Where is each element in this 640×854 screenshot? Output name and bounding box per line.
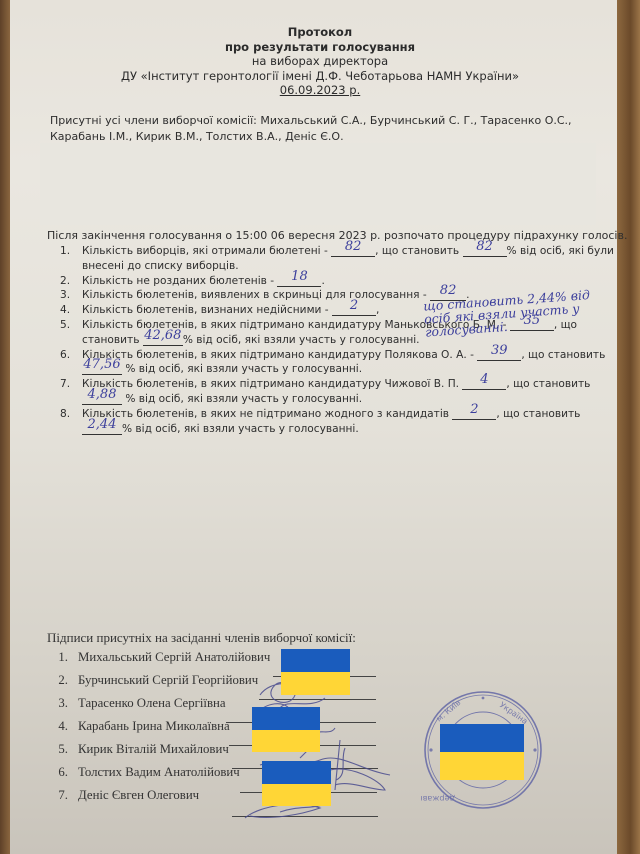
item-text: Кількість не розданих бюлетенів - (82, 275, 277, 287)
item-number: 4. (60, 303, 70, 318)
item-text: . (321, 275, 324, 287)
member-name: Карабань Ірина Миколаївна (78, 719, 230, 734)
handwritten-value: 2 (350, 298, 358, 313)
item-text: Кількість бюлетенів, в яких підтримано к… (82, 378, 462, 390)
results-list: 1. Кількість виборців, які отримали бюле… (60, 244, 620, 436)
document-title: Протокол (0, 25, 640, 40)
item-text: % від осіб, які взяли участь у голосуван… (122, 393, 362, 405)
item-text: Кількість бюлетенів, виявлених в скриньц… (82, 289, 430, 301)
item-text: , що становить (496, 408, 580, 420)
member-name: Деніс Євген Олегович (78, 788, 199, 803)
handwritten-percent: 4,88 (88, 387, 117, 402)
member-number: 7. (52, 788, 68, 803)
percent-field: 82 (463, 244, 507, 257)
percent-field: 47,56 (82, 362, 122, 375)
percent-field: 2,44 (82, 422, 122, 435)
stamp-text-city: м. Київ (435, 698, 463, 724)
item-text: Кількість бюлетенів, в яких підтримано к… (82, 349, 477, 361)
result-item: 8. Кількість бюлетенів, в яких не підтри… (60, 407, 620, 437)
handwritten-percent: 82 (476, 239, 493, 254)
election-type: на виборах директора (0, 54, 640, 69)
member-number: 2. (52, 673, 68, 688)
item-number: 6. (60, 348, 70, 363)
item-text: % від осіб, які взяли участь у голосуван… (122, 423, 359, 435)
item-text: , що становить (521, 349, 605, 361)
handwritten-value: 82 (345, 239, 362, 254)
redaction-flag-icon (252, 707, 320, 752)
percent-field: 42,68 (143, 333, 183, 346)
result-item: 2. Кількість не розданих бюлетенів - 18. (60, 274, 620, 289)
redaction-flag-icon (440, 724, 524, 780)
item-number: 7. (60, 377, 70, 392)
item-number: 2. (60, 274, 70, 289)
member-name: Бурчинський Сергій Георгійович (78, 673, 258, 688)
value-field: 4 (462, 377, 506, 390)
count-intro: Після закінчення голосування о 15:00 06 … (47, 229, 627, 242)
item-text: Кількість бюлетенів, в яких не підтриман… (82, 408, 452, 420)
redaction-flag-icon (281, 649, 350, 695)
item-text: Кількість бюлетенів, визнаних недійсними… (82, 304, 332, 316)
item-number: 3. (60, 288, 70, 303)
result-item: 6. Кількість бюлетенів, в яких підтриман… (60, 348, 620, 378)
handwritten-percent: 2,44 (88, 417, 117, 432)
handwritten-value: 2 (470, 402, 478, 417)
item-number: 8. (60, 407, 70, 422)
member-number: 6. (52, 765, 68, 780)
result-item: 7. Кількість бюлетенів, в яких підтриман… (60, 377, 620, 407)
member-name: Тарасенко Олена Сергіївна (78, 696, 226, 711)
value-field: 39 (477, 348, 521, 361)
institution-name: ДУ «Інститут геронтології імені Д.Ф. Чеб… (0, 69, 640, 84)
handwritten-value: 18 (291, 269, 308, 284)
member-name: Толстих Вадим Анатолійович (78, 765, 240, 780)
item-text: Кількість виборців, які отримали бюлетен… (82, 245, 331, 257)
item-number: 1. (60, 244, 70, 259)
item-text: % від осіб, які взяли участь у голосуван… (183, 334, 420, 346)
value-field: 82 (331, 244, 375, 257)
item-text: , що становить (506, 378, 590, 390)
desk-surface-left (0, 0, 10, 854)
item-text: , що становить (375, 245, 462, 257)
redaction-flag-icon (262, 761, 331, 806)
result-item: 1. Кількість виборців, які отримали бюле… (60, 244, 620, 274)
document-subtitle: про результати голосування (0, 40, 640, 55)
item-text: % від осіб, які взяли участь у голосуван… (122, 363, 362, 375)
member-name: Кирик Віталій Михайлович (78, 742, 229, 757)
handwritten-value: 4 (480, 372, 488, 387)
document-date: 06.09.2023 р. (0, 83, 640, 98)
document-header: Протокол про результати голосування на в… (0, 25, 640, 98)
percent-field: 4,88 (82, 392, 122, 405)
item-text: , (376, 304, 379, 316)
handwritten-percent: 47,56 (83, 357, 120, 372)
blank-redacted-area (40, 143, 596, 225)
handwritten-percent: 42,68 (144, 328, 181, 343)
value-field: 18 (277, 274, 321, 287)
item-number: 5. (60, 318, 70, 333)
member-number: 5. (52, 742, 68, 757)
present-members-text: Присутні усі члени виборчої комісії: Мих… (50, 113, 585, 145)
handwritten-value: 39 (491, 343, 508, 358)
value-field: 2 (332, 303, 376, 316)
stamp-text-type: державна установа (421, 794, 455, 803)
member-number: 3. (52, 696, 68, 711)
member-number: 1. (52, 650, 68, 665)
value-field: 2 (452, 407, 496, 420)
member-number: 4. (52, 719, 68, 734)
